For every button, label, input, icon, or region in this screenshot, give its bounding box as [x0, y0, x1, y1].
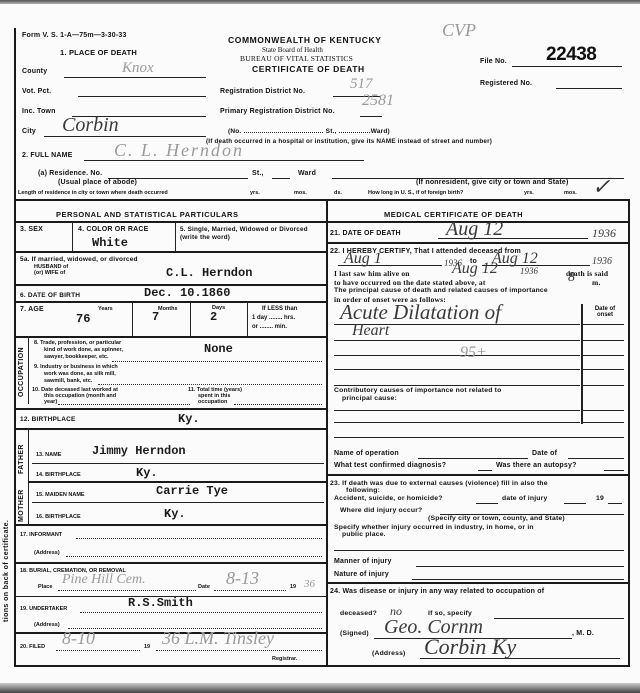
foreign-mos: mos. [564, 190, 577, 196]
street-ward-label: (No. ...................................… [228, 128, 390, 135]
dob-value: Dec. 10.1860 [144, 286, 230, 300]
age-years: 76 [76, 312, 90, 326]
registrar-label: Registrar. [272, 656, 297, 662]
less-hrs-label: 1 day ........ hrs. [252, 315, 295, 321]
hospital-note: (If death occurred in a hospital or inst… [206, 138, 492, 145]
time-value: 8 [568, 270, 575, 286]
trade-label-1: 8. Trade, profession, or particular [34, 340, 121, 346]
frame-bottom [14, 665, 630, 667]
manner-label: Manner of injury [334, 558, 392, 565]
marital-label: 5. Single, Married, Widowed or Divorced … [180, 226, 320, 242]
date-of-death-year: 1936 [592, 226, 616, 241]
nature-label: Nature of injury [334, 571, 389, 578]
board-of-health: State Board of Health [262, 46, 323, 54]
test-label: What test confirmed diagnosis? [334, 462, 446, 469]
autopsy-label: Was there an autopsy? [496, 462, 577, 469]
registered-no-label: Registered No. [480, 80, 532, 87]
death-certificate: tions on back of certificate. Form V. S.… [0, 4, 640, 684]
form-number: Form V. S. 1-A—75m—3-30-33 [22, 32, 127, 39]
birthplace-label: 12. BIRTHPLACE [20, 416, 76, 423]
months-label: Months [158, 306, 178, 312]
file-no-value: 22438 [546, 44, 596, 66]
trade-value: None [204, 342, 233, 356]
occurred-label: to have occurred on the date stated abov… [334, 278, 486, 287]
filed-date-value: 8-10 [62, 628, 95, 649]
father-birthplace-label: 14. BIRTHPLACE [36, 472, 81, 478]
residence-label: (a) Residence. No. [38, 170, 102, 177]
mother-birthplace-label: 16. BIRTHPLACE [36, 514, 81, 520]
cause-line-2: Heart [352, 322, 389, 340]
burial-date-label: Date [198, 584, 210, 590]
informant-label: 17. INFORMANT [20, 532, 62, 538]
last-saw-value: Aug 12 [452, 260, 498, 278]
vot-pct-label: Vot. Pct. [22, 88, 51, 95]
physician-address: Corbin Ky [424, 634, 516, 660]
mother-maiden-label: 15. MAIDEN NAME [36, 492, 85, 498]
mother-birthplace-value: Ky. [164, 507, 186, 521]
foreign-yrs: yrs. [524, 190, 534, 196]
physician-address-label: (Address) [372, 650, 406, 657]
registration-district-label: Registration District No. [220, 88, 305, 95]
sex-label: 3. SEX [20, 226, 43, 233]
residence-st-label: St., [252, 170, 264, 177]
race-value: White [92, 236, 128, 250]
undertaker-label: 19. UNDERTAKER [20, 606, 67, 612]
filed-year-prefix: 19 [144, 644, 150, 650]
personal-heading: PERSONAL AND STATISTICAL PARTICULARS [56, 210, 238, 219]
contributory-label-1: Contributory causes of importance not re… [334, 387, 501, 394]
attended-to-year: 1936 [592, 256, 612, 267]
date-of-death-label: 21. DATE OF DEATH [330, 230, 401, 237]
certificate-title: CERTIFICATE OF DEATH [252, 64, 365, 74]
cause-label-1: The principal cause of death and related… [334, 287, 548, 294]
industry-label-1: 9. Industry or business in which [34, 364, 118, 370]
accident-label: Accident, suicide, or homicide? [334, 495, 443, 502]
file-no-label: File No. [480, 58, 507, 65]
burial-date-value: 8-13 [226, 568, 259, 589]
md-label: , M. D. [572, 630, 594, 637]
frame-left [14, 28, 16, 666]
length-ds: ds. [334, 190, 342, 196]
external-label-1: 23. If death was due to external causes … [330, 480, 548, 487]
trade-label-3: sawyer, bookkeeper, etc. [44, 354, 109, 360]
foreign-birth-label: How long in U. S., if of foreign birth? [368, 190, 463, 196]
date-of-label: Date of [532, 450, 557, 457]
nonresident-note: (If nonresident, give city or town and S… [416, 179, 569, 186]
years-label: Years [98, 306, 113, 312]
industry-label-2: work was done, as silk mill, [44, 371, 116, 377]
burial-year-value: 36 [304, 578, 315, 590]
father-name-value: Jimmy Herndon [92, 444, 186, 458]
filed-label: 20. FILED [20, 644, 45, 650]
full-name-value: C. L. Herndon [114, 140, 244, 161]
age-label: 7. AGE [20, 306, 44, 313]
registration-district-value: 517 [350, 76, 373, 93]
length-yrs: yrs. [250, 190, 260, 196]
operation-label: Name of operation [334, 450, 399, 457]
deceased-label: deceased? [340, 610, 377, 617]
last-worked-label-3: year) [44, 399, 57, 405]
burial-place-label: Place [38, 584, 52, 590]
mother-maiden-value: Carrie Tye [156, 484, 228, 498]
city-value: Corbin [62, 114, 119, 137]
industry-label-3: sawmill, bank, etc. [44, 378, 92, 384]
burial-place-value: Pine Hill Cem. [62, 572, 146, 588]
cvp-annotation: CVP [442, 20, 476, 41]
undertaker-address-label: (Address) [34, 622, 60, 628]
attended-from: Aug 1 [344, 250, 382, 268]
filed-year-registrar: 36 L.M. Tinsley [162, 628, 274, 649]
mother-side-label: MOTHER [18, 489, 25, 522]
county-value: Knox [122, 60, 154, 77]
total-time-label-3: occupation [198, 399, 227, 405]
occupation-related-label: 24. Was disease or injury in any way rel… [330, 588, 544, 595]
onset-label: Date of onset [588, 306, 622, 318]
abode-note: (Usual place of abode) [58, 179, 137, 186]
primary-district-value: 2581 [362, 92, 394, 110]
primary-district-label: Primary Registration District No. [220, 108, 335, 115]
specify-city-note: (Specify city or town, county, and State… [428, 515, 565, 522]
column-divider [326, 199, 328, 666]
signed-label: (Signed) [340, 630, 369, 637]
city-label: City [22, 128, 36, 135]
cause-code: 95+ [460, 344, 487, 362]
informant-address-label: (Address) [34, 550, 60, 556]
spouse-label-1: 5a. If married, widowed, or divorced [20, 256, 138, 263]
external-label-2: following: [346, 487, 380, 494]
time-suffix: m. [592, 278, 601, 287]
inc-town-label: Inc. Town [22, 108, 56, 115]
county-label: County [22, 68, 47, 75]
less-min-label: or ........ min. [252, 324, 287, 330]
specify-industry-1: Specify whether injury occurred in indus… [334, 524, 534, 531]
length-residence-label: Length of residence in city or town wher… [18, 190, 168, 196]
length-mos: mos. [294, 190, 307, 196]
father-side-label: FATHER [18, 444, 25, 474]
place-of-death-heading: 1. PLACE OF DEATH [60, 48, 137, 57]
days-label: Days [212, 305, 225, 311]
birthplace-value: Ky. [178, 412, 200, 426]
undertaker-value: R.S.Smith [128, 596, 193, 610]
last-saw-label: I last saw him alive on [334, 269, 410, 278]
commonwealth-title: COMMONWEALTH OF KENTUCKY [228, 35, 382, 45]
specify-industry-2: public place. [342, 531, 386, 538]
father-birthplace-value: Ky. [136, 466, 158, 480]
residence-ward-label: Ward [298, 170, 316, 177]
age-days: 2 [210, 310, 217, 324]
burial-year-prefix: 19 [290, 584, 296, 590]
injury-date-label: date of injury [502, 495, 547, 502]
spouse-value: C.L. Herndon [166, 266, 252, 280]
occupation-side-label: OCCUPATION [18, 347, 25, 397]
bureau-title: BUREAU OF VITAL STATISTICS [240, 54, 353, 63]
full-name-label: 2. FULL NAME [22, 152, 73, 159]
age-months: 7 [152, 310, 159, 324]
date-of-death-value: Aug 12 [446, 218, 503, 241]
frame-right [628, 199, 630, 666]
spouse-label-3: (or) WIFE of [34, 270, 65, 276]
injury-year-prefix: 19 [596, 495, 604, 502]
trade-label-2: kind of work done, as spinner, [44, 347, 123, 353]
dob-label: 6. DATE OF BIRTH [20, 292, 80, 299]
scan-edge-bottom [0, 683, 640, 693]
checkmark: ✓ [592, 174, 610, 200]
less-than-label: If LESS than [262, 306, 297, 312]
where-label: Where did injury occur? [340, 507, 422, 514]
last-saw-year: 1936 [520, 266, 538, 276]
margin-note: tions on back of certificate. [3, 520, 10, 622]
contributory-label-2: principal cause: [342, 395, 397, 402]
race-label: 4. COLOR OR RACE [78, 226, 148, 233]
father-name-label: 13. NAME [36, 452, 61, 458]
